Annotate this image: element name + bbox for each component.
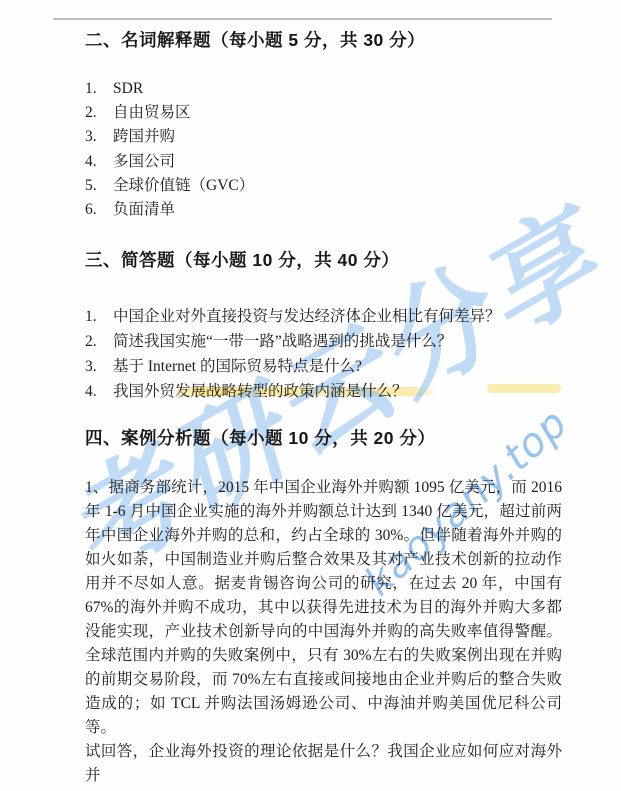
item-text: 基于 Internet 的国际贸易特点是什么?	[113, 354, 362, 379]
item-number: 2.	[85, 101, 113, 125]
item-text: 全球价值链（GVC）	[113, 174, 254, 198]
question-item: 3. 基于 Internet 的国际贸易特点是什么?	[85, 354, 562, 379]
case-study-paragraph: 1、据商务部统计，2015 年中国企业海外并购额 1095 亿美元，而 2016…	[85, 476, 562, 740]
question-item: 4. 我国外贸发展战略转型的政策内涵是什么？	[85, 379, 562, 404]
item-text: 负面清单	[113, 198, 175, 222]
section-2-heading: 二、名词解释题（每小题 5 分，共 30 分）	[85, 27, 562, 52]
term-item: 2. 自由贸易区	[85, 101, 562, 125]
item-text: 自由贸易区	[113, 101, 191, 125]
item-number: 5.	[85, 174, 113, 198]
section-3-question-list: 1. 中国企业对外直接投资与发达经济体企业相比有何差异？ 2. 简述我国实施“一…	[85, 304, 562, 404]
section-3-heading: 三、简答题（每小题 10 分，共 40 分）	[85, 247, 562, 272]
case-study-question: 试回答，企业海外投资的理论依据是什么？我国企业应如何应对海外并	[85, 740, 562, 788]
item-text: 中国企业对外直接投资与发达经济体企业相比有何差异？	[113, 304, 501, 329]
item-text: 我国外贸发展战略转型的政策内涵是什么？	[113, 379, 408, 404]
item-number: 1.	[85, 304, 113, 329]
item-number: 3.	[85, 125, 113, 149]
item-text: 多国公司	[113, 150, 175, 174]
item-text: SDR	[113, 77, 143, 101]
item-number: 4.	[85, 150, 113, 174]
exam-paper-page: 考研云分享 kaoyany.top 二、名词解释题（每小题 5 分，共 30 分…	[0, 0, 621, 791]
item-text: 简述我国实施“一带一路”战略遇到的挑战是什么？	[113, 329, 452, 354]
item-number: 4.	[85, 379, 113, 404]
section-4-heading: 四、案例分析题（每小题 10 分，共 20 分）	[85, 425, 562, 450]
item-number: 1.	[85, 77, 113, 101]
term-item: 6. 负面清单	[85, 198, 562, 222]
question-item: 1. 中国企业对外直接投资与发达经济体企业相比有何差异？	[85, 304, 562, 329]
item-number: 3.	[85, 354, 113, 379]
term-item: 5. 全球价值链（GVC）	[85, 174, 562, 198]
section-2-term-list: 1. SDR 2. 自由贸易区 3. 跨国并购 4. 多国公司 5. 全球价值链…	[85, 77, 562, 222]
exam-content: 二、名词解释题（每小题 5 分，共 30 分） 1. SDR 2. 自由贸易区 …	[85, 0, 562, 788]
term-item: 1. SDR	[85, 77, 562, 101]
item-text: 跨国并购	[113, 125, 175, 149]
question-item: 2. 简述我国实施“一带一路”战略遇到的挑战是什么？	[85, 329, 562, 354]
item-number: 6.	[85, 198, 113, 222]
term-item: 3. 跨国并购	[85, 125, 562, 149]
term-item: 4. 多国公司	[85, 150, 562, 174]
item-number: 2.	[85, 329, 113, 354]
